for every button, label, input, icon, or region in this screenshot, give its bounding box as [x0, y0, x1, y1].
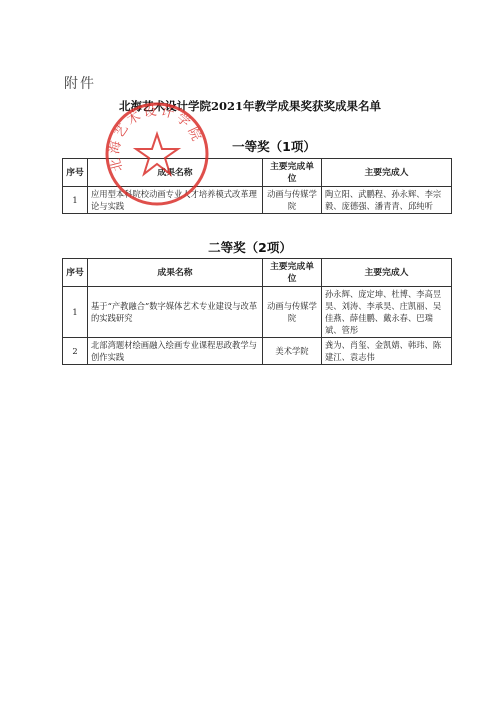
- attachment-label: 附件: [64, 73, 96, 93]
- header-people: 主要完成人: [322, 259, 452, 287]
- row-no: 1: [63, 287, 88, 338]
- row-name: 应用型本科院校动画专业人才培养模式改革理论与实践: [88, 187, 263, 214]
- row-no: 2: [63, 338, 88, 365]
- row-no: 1: [63, 187, 88, 214]
- section-heading-second-prize: 二等奖（2项）: [0, 238, 500, 256]
- header-name: 成果名称: [88, 259, 263, 287]
- document-title: 北海艺术设计学院2021年教学成果奖获奖成果名单: [0, 98, 500, 114]
- header-unit: 主要完成单位: [263, 259, 322, 287]
- table-header-row: 序号 成果名称 主要完成单位 主要完成人: [63, 159, 452, 187]
- table-row: 1 应用型本科院校动画专业人才培养模式改革理论与实践 动画与传媒学院 陶立阳、武…: [63, 187, 452, 214]
- second-prize-table: 序号 成果名称 主要完成单位 主要完成人 1 基于“产教融合”数字媒体艺术专业建…: [62, 258, 452, 365]
- section-heading-first-prize: 一等奖（1项）: [24, 137, 500, 155]
- row-people: 孙永辉、庞定坤、杜博、李高昱昊、刘涛、李承昊、庄凯丽、吴佳燕、薛佳鹏、戴永春、巴…: [322, 287, 452, 338]
- row-unit: 动画与传媒学院: [263, 187, 322, 214]
- row-name: 基于“产教融合”数字媒体艺术专业建设与改革的实践研究: [88, 287, 263, 338]
- header-name: 成果名称: [88, 159, 263, 187]
- table-row: 2 北部湾题材绘画融入绘画专业课程思政教学与创作实践 美术学院 龚为、肖玺、金凯…: [63, 338, 452, 365]
- row-people: 龚为、肖玺、金凯婧、韩玮、陈建江、袁志伟: [322, 338, 452, 365]
- header-unit: 主要完成单位: [263, 159, 322, 187]
- first-prize-table: 序号 成果名称 主要完成单位 主要完成人 1 应用型本科院校动画专业人才培养模式…: [62, 158, 452, 214]
- row-people: 陶立阳、武鹏程、孙永辉、李宗毅、庞德强、潘青青、邱纯听: [322, 187, 452, 214]
- table-row: 1 基于“产教融合”数字媒体艺术专业建设与改革的实践研究 动画与传媒学院 孙永辉…: [63, 287, 452, 338]
- row-unit: 美术学院: [263, 338, 322, 365]
- header-people: 主要完成人: [322, 159, 452, 187]
- table-header-row: 序号 成果名称 主要完成单位 主要完成人: [63, 259, 452, 287]
- header-no: 序号: [63, 159, 88, 187]
- row-unit: 动画与传媒学院: [263, 287, 322, 338]
- header-no: 序号: [63, 259, 88, 287]
- row-name: 北部湾题材绘画融入绘画专业课程思政教学与创作实践: [88, 338, 263, 365]
